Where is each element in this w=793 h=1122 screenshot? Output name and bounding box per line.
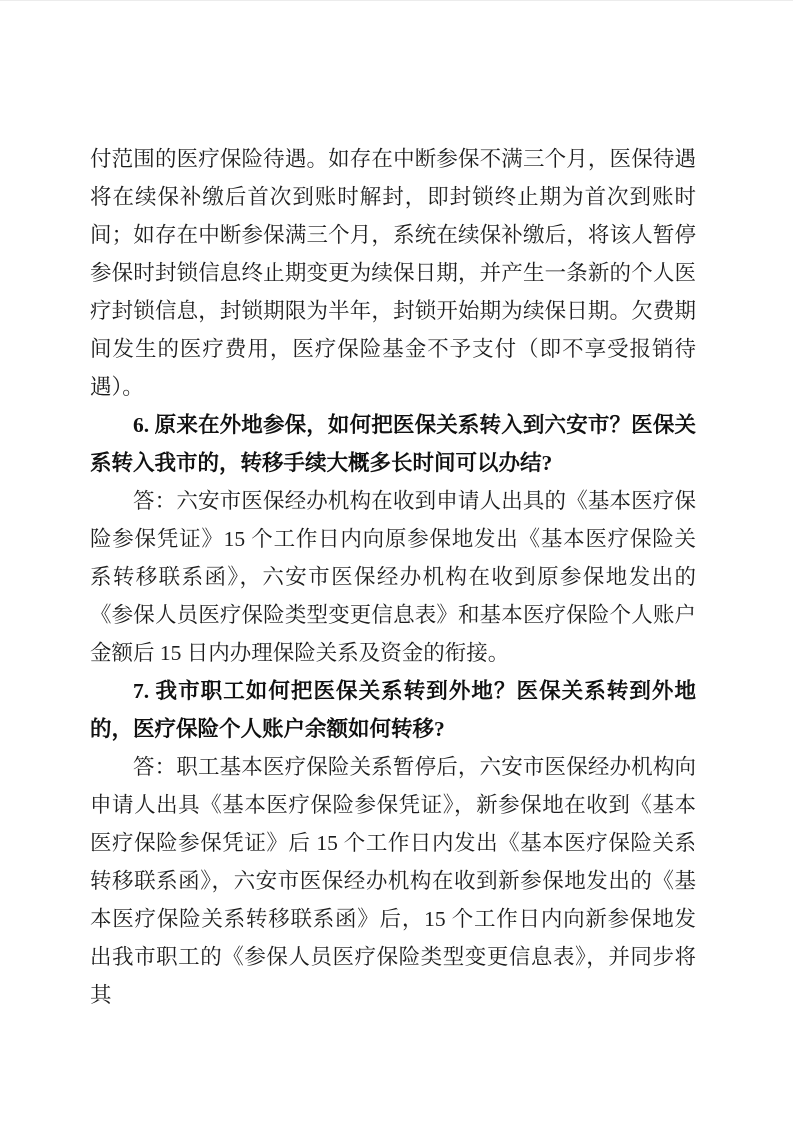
body-paragraph-continuation: 付范围的医疗保险待遇。如存在中断参保不满三个月，医保待遇将在续保补缴后首次到账时… bbox=[90, 140, 696, 406]
answer-6-paragraph: 答：六安市医保经办机构在收到申请人出具的《基本医疗保险参保凭证》15 个工作日内… bbox=[90, 482, 696, 672]
question-6-heading: 6. 原来在外地参保，如何把医保关系转入到六安市？医保关系转入我市的，转移手续大… bbox=[90, 406, 696, 482]
answer-7-paragraph: 答：职工基本医疗保险关系暂停后，六安市医保经办机构向申请人出具《基本医疗保险参保… bbox=[90, 748, 696, 1014]
document-text-block: 付范围的医疗保险待遇。如存在中断参保不满三个月，医保待遇将在续保补缴后首次到账时… bbox=[90, 140, 696, 1014]
document-page: 付范围的医疗保险待遇。如存在中断参保不满三个月，医保待遇将在续保补缴后首次到账时… bbox=[0, 0, 793, 1122]
question-7-heading: 7. 我市职工如何把医保关系转到外地？医保关系转到外地的，医疗保险个人账户余额如… bbox=[90, 672, 696, 748]
